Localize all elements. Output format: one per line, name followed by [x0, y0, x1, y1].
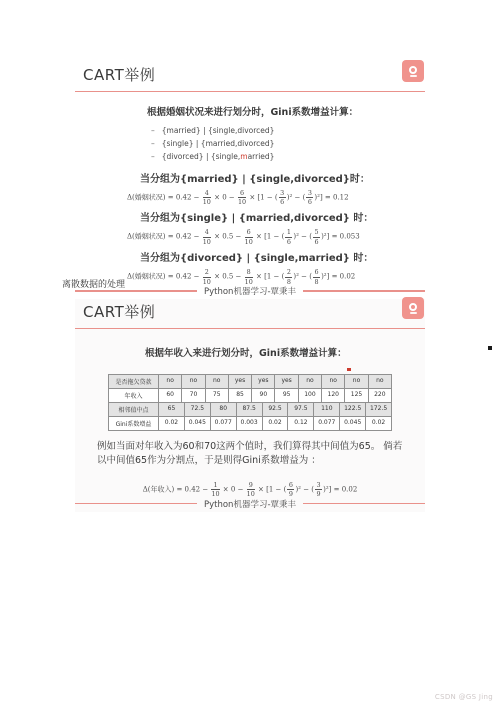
bullet-dash: –	[151, 139, 155, 148]
fraction: 69	[287, 482, 294, 498]
income-gini-table: 是否拖欠贷款nononoyesyesyesnononono年收入60707585…	[108, 374, 392, 431]
fraction: 610	[245, 229, 253, 245]
logo-base-shape	[410, 312, 417, 314]
table-cell: 120	[322, 389, 345, 403]
footer-text: Python机器学习-覃秉丰	[197, 285, 303, 297]
formula-text: )² − (	[287, 193, 306, 201]
gini-gain-calculations: 当分组为{married} | {single,divorced}时：Δ(婚姻状…	[75, 166, 425, 285]
table-cell: 0.045	[185, 417, 211, 431]
table-cell: 0.02	[366, 417, 392, 431]
formula-text: × 0.5 −	[212, 273, 244, 281]
slide-header: CART举例	[75, 299, 425, 329]
fraction: 910	[247, 482, 255, 498]
bullet-item: –{single} | {married,divorced}	[151, 137, 425, 150]
formula-text: )² − (	[293, 273, 312, 281]
fraction: 410	[203, 190, 211, 206]
footer-line-left	[75, 290, 197, 291]
table-cell: 80	[211, 403, 237, 417]
table-cell: 172.5	[366, 403, 392, 417]
formula-text: × [1 − (	[256, 486, 287, 494]
fraction: 56	[313, 229, 320, 245]
footer-line-right	[303, 503, 425, 504]
table-cell: no	[206, 375, 229, 389]
income-table-wrap: 是否拖欠贷款nononoyesyesyesnononono年收入60707585…	[75, 374, 425, 431]
table-cell: 0.077	[314, 417, 340, 431]
bullet-text: arried}	[248, 152, 275, 161]
formula-text: Δ(婚姻状况) = 0.42 −	[127, 233, 202, 241]
formula-text: Δ(婚姻状况) = 0.42 −	[127, 273, 202, 281]
table-cell: no	[299, 375, 322, 389]
formula-text: )²] = 0.02	[321, 273, 355, 281]
table-cell: 125	[345, 389, 368, 403]
fraction: 110	[211, 482, 219, 498]
bullet-item: –{married} | {single,divorced}	[151, 124, 425, 137]
table-cell: 110	[314, 403, 340, 417]
income-gini-formula: Δ(年收入) = 0.42 − 110 × 0 − 910 × [1 − (69…	[75, 482, 425, 498]
fraction: 39	[315, 482, 322, 498]
page: CART举例 根据婚姻状况来进行划分时，Gini系数增益计算： –{marrie…	[0, 0, 500, 707]
brand-logo-icon	[402, 297, 424, 319]
bullet-dash: –	[151, 152, 155, 161]
table-row-header: 年收入	[109, 389, 159, 403]
section-heading: 根据年收入来进行划分时，Gini系数增益计算：	[145, 345, 419, 359]
formula-text: × [1 − (	[254, 273, 285, 281]
red-marker-dot	[347, 368, 351, 372]
slide-title: CART举例	[83, 304, 425, 321]
section-heading: 根据婚姻状况来进行划分时，Gini系数增益计算：	[147, 104, 419, 118]
table-cell: no	[159, 375, 182, 389]
logo-ring-shape	[409, 66, 417, 74]
fraction: 810	[245, 269, 253, 285]
group-heading: 当分组为{single} | {married,divorced} 时：	[140, 212, 425, 225]
gini-formula: Δ(婚姻状况) = 0.42 − 410 × 0.5 − 610 × [1 − …	[127, 229, 425, 245]
page-caption: 离散数据的处理	[62, 277, 125, 290]
table-cell: 87.5	[237, 403, 263, 417]
table-row: 年收入607075859095100120125220	[109, 389, 392, 403]
table-cell: yes	[252, 375, 275, 389]
footer-text: Python机器学习-覃秉丰	[197, 498, 303, 510]
brand-logo-icon	[402, 60, 424, 82]
table-cell: no	[345, 375, 368, 389]
logo-ring-shape	[409, 303, 417, 311]
table-cell: 97.5	[288, 403, 314, 417]
bullet-text: {divorced} | {single,	[162, 152, 241, 161]
fraction: 610	[238, 190, 246, 206]
highlighted-text: m	[240, 152, 247, 161]
gini-formula: Δ(婚姻状况) = 0.42 − 410 × 0 − 610 × [1 − (3…	[127, 190, 425, 206]
formula-text: Δ(婚姻状况) = 0.42 −	[127, 193, 202, 201]
group-heading: 当分组为{married} | {single,divorced}时：	[140, 173, 425, 186]
explanation-paragraph: 例如当面对年收入为60和70这两个值时，我们算得其中间值为65。 倘若以中间值6…	[97, 440, 407, 469]
table-cell: 0.12	[288, 417, 314, 431]
slide-footer: Python机器学习-覃秉丰	[75, 498, 425, 519]
fraction: 68	[313, 269, 320, 285]
table-cell: 75	[206, 389, 229, 403]
table-row: Gini系数增益0.020.0450.0770.0030.020.120.077…	[109, 417, 392, 431]
table-cell: no	[369, 375, 392, 389]
fraction: 210	[203, 269, 211, 285]
fraction: 28	[285, 269, 292, 285]
table-cell: 60	[159, 389, 182, 403]
table-row: 是否拖欠贷款nononoyesyesyesnononono	[109, 375, 392, 389]
table-cell: 0.02	[159, 417, 185, 431]
bullet-item: –{divorced} | {single,married}	[151, 150, 425, 163]
table-cell: 0.02	[263, 417, 289, 431]
slide-title: CART举例	[83, 67, 425, 84]
bullet-dash: –	[151, 126, 155, 135]
table-cell: 0.077	[211, 417, 237, 431]
table-cell: yes	[229, 375, 252, 389]
fraction: 410	[203, 229, 211, 245]
fraction: 36	[279, 190, 286, 206]
formula-text: × [1 − (	[254, 233, 285, 241]
table-cell: 70	[182, 389, 205, 403]
fraction: 36	[306, 190, 313, 206]
footer-line-left	[75, 503, 197, 504]
formula-text: )²] = 0.12	[314, 193, 348, 201]
table-row: 相邻值中点6572.58087.592.597.5110122.5172.5	[109, 403, 392, 417]
black-square-dot	[488, 346, 492, 350]
table-cell: 85	[229, 389, 252, 403]
logo-base-shape	[410, 75, 417, 77]
table-cell: 65	[159, 403, 185, 417]
table-cell: yes	[275, 375, 298, 389]
formula-text: )²] = 0.02	[323, 486, 357, 494]
bullet-text: {single} | {married,divorced}	[162, 139, 275, 148]
table-cell: 100	[299, 389, 322, 403]
formula-text: × 0 −	[212, 193, 237, 201]
formula-text: )² − (	[293, 233, 312, 241]
table-row-header: Gini系数增益	[109, 417, 159, 431]
table-cell: no	[322, 375, 345, 389]
formula-text: × 0.5 −	[212, 233, 244, 241]
formula-text: × [1 − (	[247, 193, 278, 201]
slide-cart-example-2: CART举例 根据年收入来进行划分时，Gini系数增益计算： 是否拖欠贷款non…	[75, 299, 425, 512]
split-options-list: –{married} | {single,divorced}–{single} …	[151, 124, 425, 163]
watermark: CSDN @GS Jing	[435, 693, 493, 701]
table-cell: 0.045	[340, 417, 366, 431]
table-cell: 220	[369, 389, 392, 403]
table-cell: 95	[275, 389, 298, 403]
slide-header: CART举例	[75, 62, 425, 92]
footer-line-right	[303, 290, 425, 291]
table-row-header: 相邻值中点	[109, 403, 159, 417]
slide-cart-example-1: CART举例 根据婚姻状况来进行划分时，Gini系数增益计算： –{marrie…	[75, 62, 425, 270]
formula-text: )² − (	[295, 486, 314, 494]
fraction: 16	[285, 229, 292, 245]
formula-text: × 0 −	[221, 486, 246, 494]
table-cell: 92.5	[263, 403, 289, 417]
gini-formula: Δ(婚姻状况) = 0.42 − 210 × 0.5 − 810 × [1 − …	[127, 269, 425, 285]
table-cell: no	[182, 375, 205, 389]
formula-text: Δ(年收入) = 0.42 −	[143, 486, 211, 494]
table-cell: 72.5	[185, 403, 211, 417]
group-heading: 当分组为{divorced} | {single,married} 时：	[140, 252, 425, 265]
bullet-text: {married} | {single,divorced}	[162, 126, 275, 135]
formula-text: )²] = 0.053	[321, 233, 360, 241]
table-cell: 90	[252, 389, 275, 403]
table-cell: 0.003	[237, 417, 263, 431]
table-row-header: 是否拖欠贷款	[109, 375, 159, 389]
table-cell: 122.5	[340, 403, 366, 417]
